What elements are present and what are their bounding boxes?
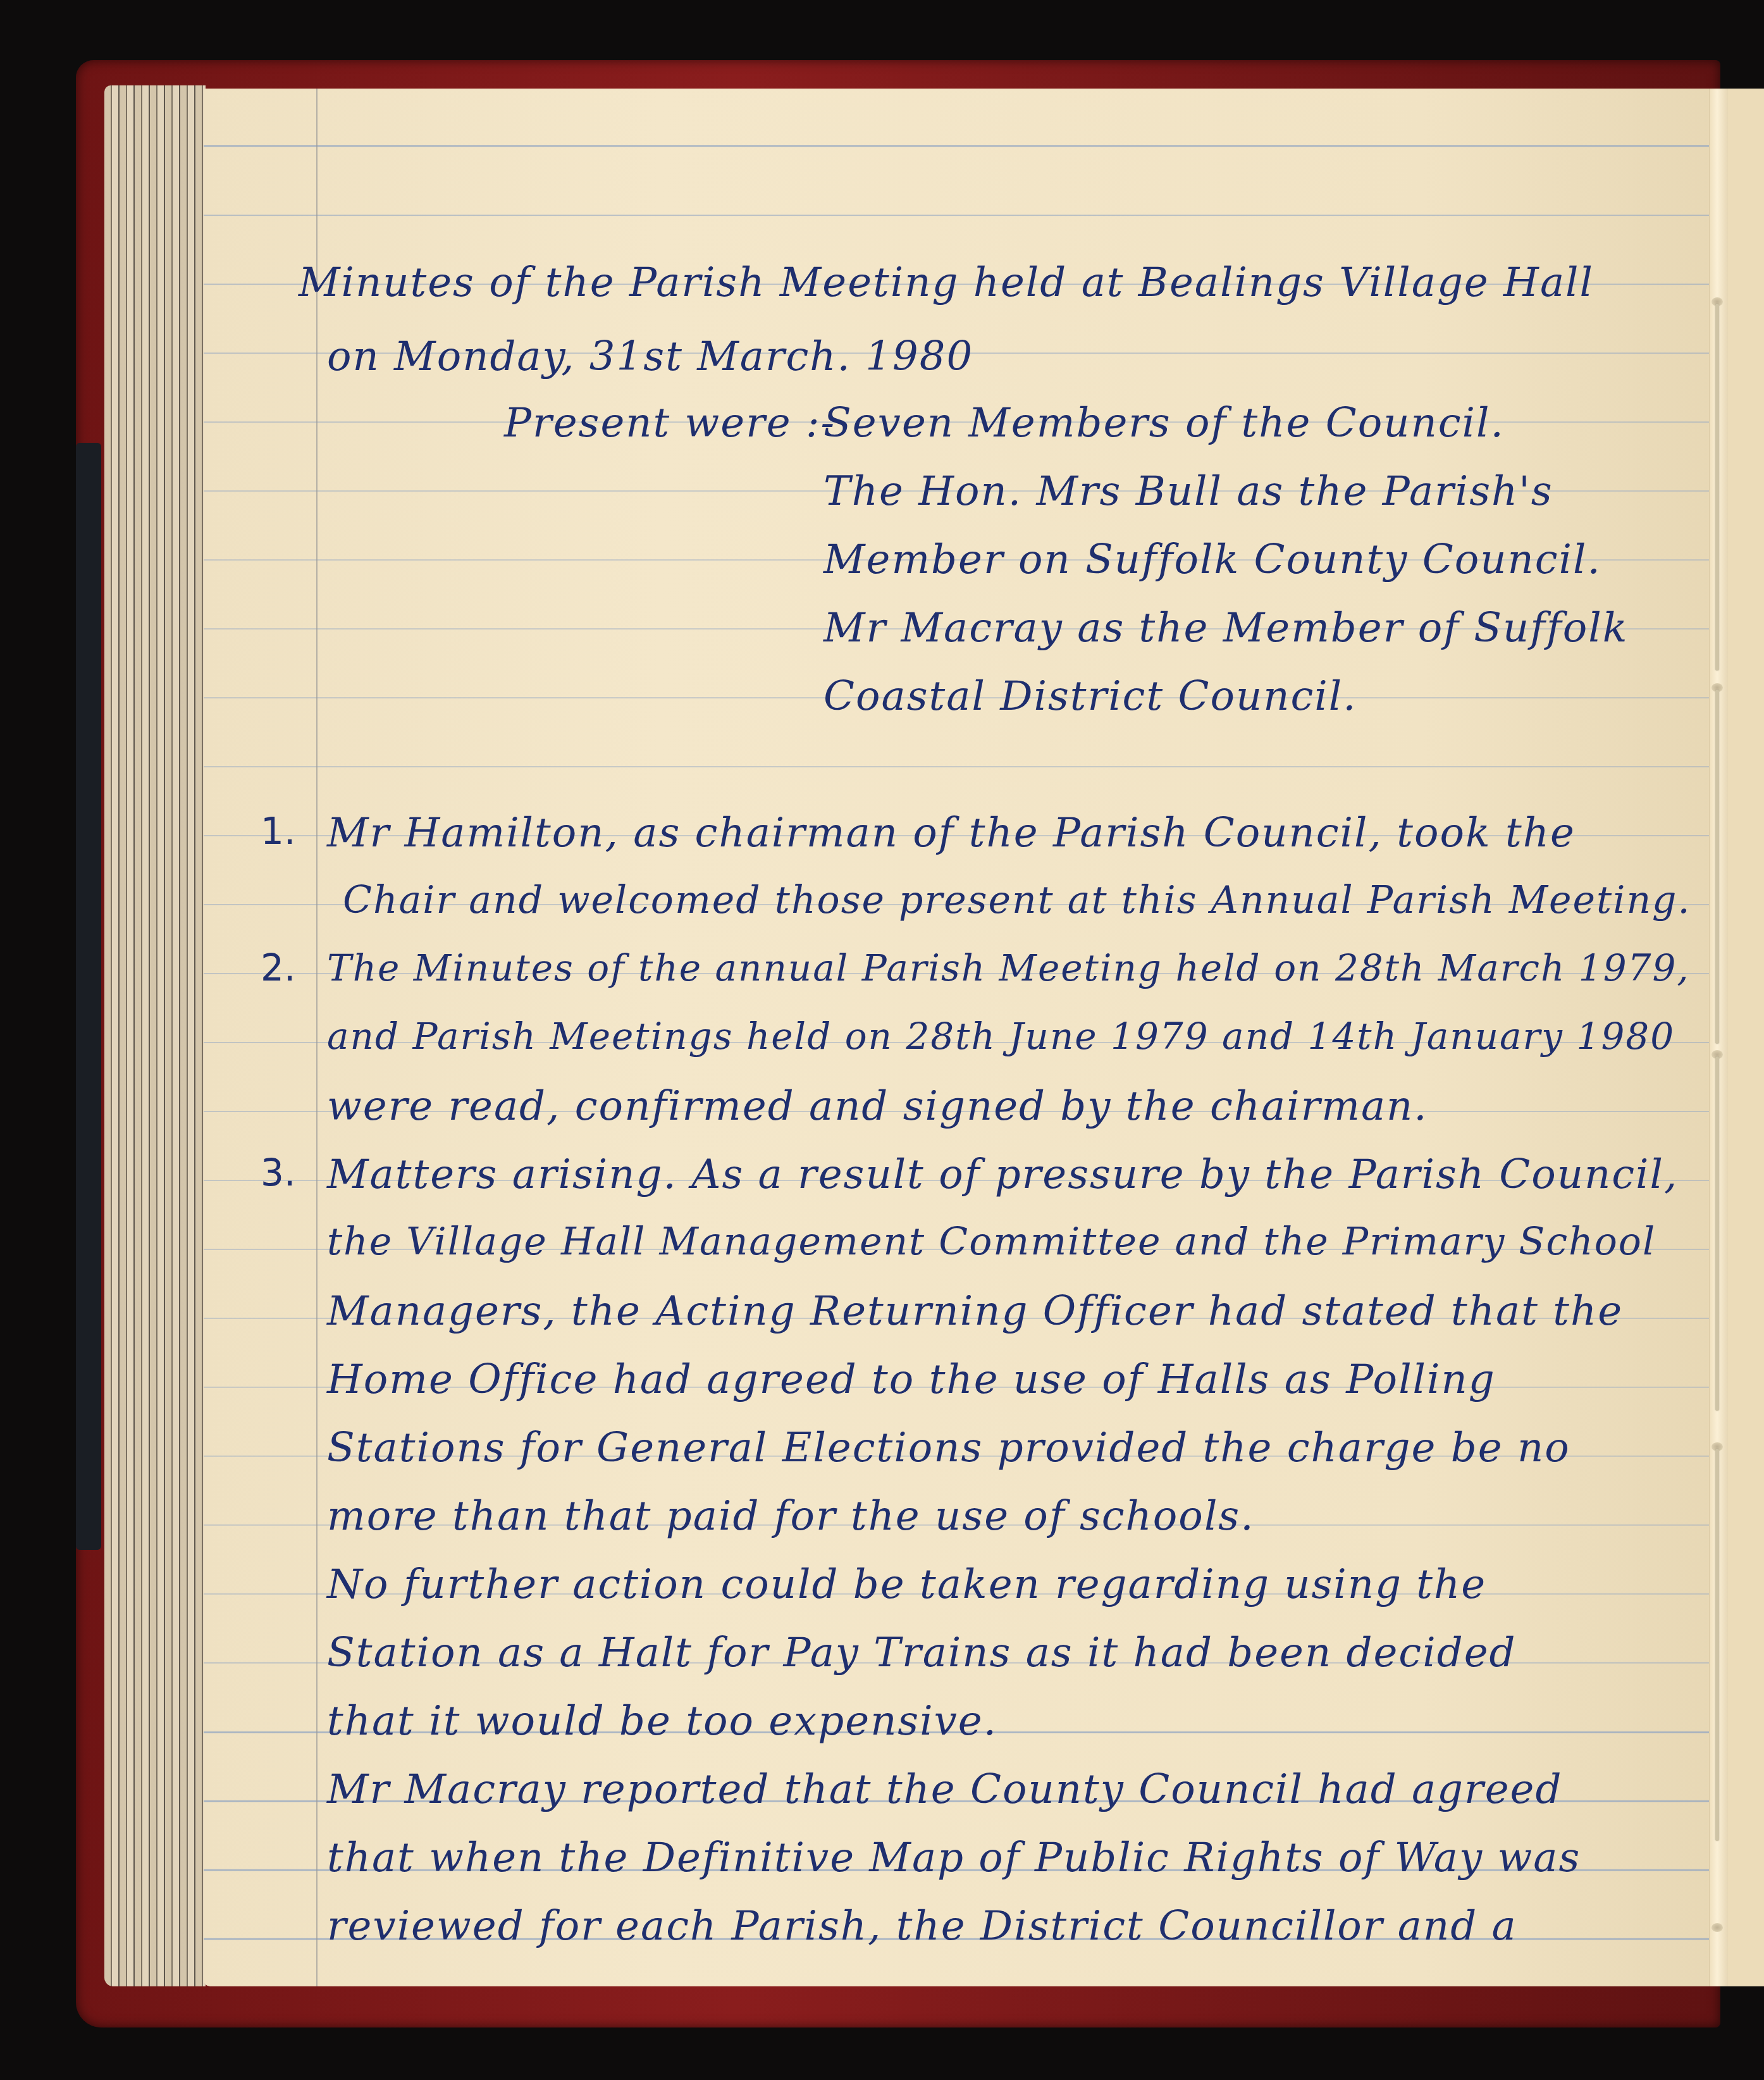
item-3-line: Managers, the Acting Returning Officer h… [327,1291,1623,1332]
item-3-line: that when the Definitive Map of Public R… [327,1838,1581,1878]
present-line: Member on Suffolk County Council. [823,540,1601,580]
item-2-line: were read, confirmed and signed by the c… [327,1086,1428,1127]
heading-line-1: Minutes of the Parish Meeting held at Be… [299,263,1594,303]
present-line: Seven Members of the Council. [823,403,1505,443]
minute-book-page: Minutes of the Parish Meeting held at Be… [204,89,1728,1986]
margin-line [316,89,318,1986]
item-3-line: more than that paid for the use of schoo… [327,1496,1255,1537]
item-number: 1. [261,813,295,850]
item-1-line: Mr Hamilton, as chairman of the Parish C… [327,813,1576,853]
stitch-hole [1712,1923,1723,1932]
binding-thread [1715,1449,1719,1841]
item-3-line: reviewed for each Parish, the District C… [327,1906,1517,1947]
item-number: 3. [261,1155,295,1191]
present-line: The Hon. Mrs Bull as the Parish's [823,471,1553,512]
binding-thread [1715,304,1719,671]
present-line: Mr Macray as the Member of Suffolk [823,608,1628,648]
item-2-line: The Minutes of the annual Parish Meeting… [327,950,1690,986]
item-3-line: Home Office had agreed to the use of Hal… [327,1359,1496,1400]
heading-line-2: on Monday, 31st March. 1980 [327,337,973,377]
item-3-line: Matters arising. As a result of pressure… [327,1155,1678,1195]
item-1-line: Chair and welcomed those present at this… [343,881,1691,919]
item-3-line: the Village Hall Management Committee an… [327,1223,1656,1261]
item-3-line: that it would be too expensive. [327,1701,997,1742]
item-3-line: Mr Macray reported that the County Counc… [327,1769,1562,1810]
item-number: 2. [261,950,295,986]
present-label: Present were :- [504,403,836,443]
cover-spine-cloth [76,443,101,1550]
item-2-line: and Parish Meetings held on 28th June 19… [327,1018,1675,1055]
present-line: Coastal District Council. [823,676,1357,717]
item-3-line: Stations for General Elections provided … [327,1428,1570,1468]
binding-thread [1715,690,1719,1044]
facing-page-edge [1728,89,1764,1986]
item-3-line: No further action could be taken regardi… [327,1564,1486,1605]
item-3-line: Station as a Halt for Pay Trains as it h… [327,1633,1516,1673]
binding-thread [1715,1056,1719,1411]
stacked-page-edges [104,85,206,1986]
